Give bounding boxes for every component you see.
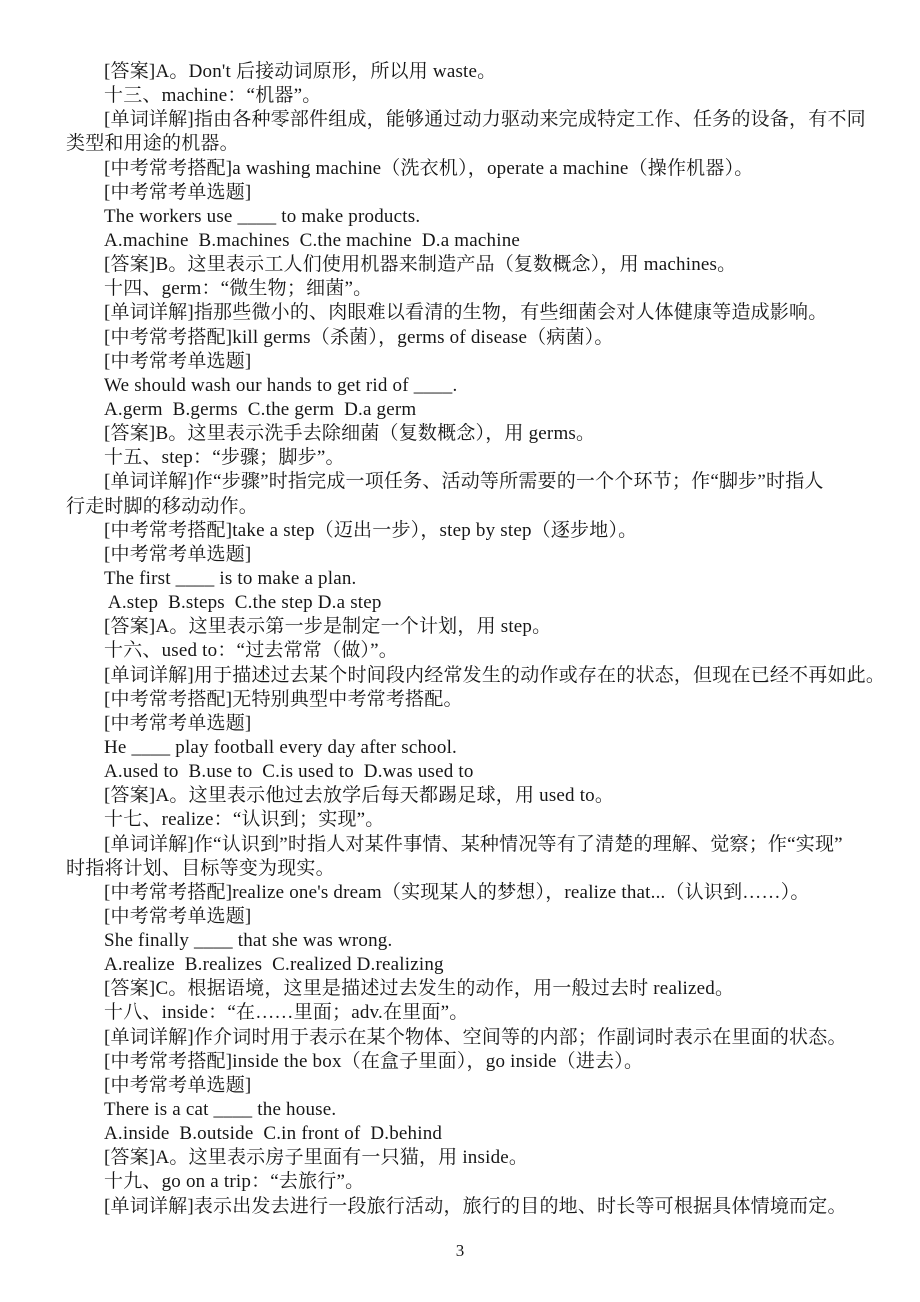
text-line: [中考常考单选题]: [66, 712, 912, 736]
text-line: [中考常考单选题]: [66, 350, 912, 374]
text-line: The workers use ____ to make products.: [66, 205, 912, 229]
document-page: [答案]A。Don't 后接动词原形，所以用 waste。十三、machine：…: [0, 0, 920, 1302]
text-line: He ____ play football every day after sc…: [66, 736, 912, 760]
text-line: [单词详解]作介词时用于表示在某个物体、空间等的内部；作副词时表示在里面的状态。: [66, 1026, 912, 1050]
text-line: A.inside B.outside C.in front of D.behin…: [66, 1122, 912, 1146]
page-number: 3: [0, 1240, 920, 1262]
text-line: [中考常考搭配]take a step（迈出一步），step by step（逐…: [66, 519, 912, 543]
text-line: [中考常考单选题]: [66, 181, 912, 205]
text-line: 十八、inside：“在……里面；adv.在里面”。: [66, 1001, 912, 1025]
text-line: [中考常考搭配]inside the box（在盒子里面），go inside（…: [66, 1050, 912, 1074]
text-line: 类型和用途的机器。: [66, 132, 912, 156]
text-line: [单词详解]指那些微小的、肉眼难以看清的生物，有些细菌会对人体健康等造成影响。: [66, 301, 912, 325]
text-line: [中考常考搭配]无特别典型中考常考搭配。: [66, 688, 912, 712]
text-line: [单词详解]表示出发去进行一段旅行活动，旅行的目的地、时长等可根据具体情境而定。: [66, 1195, 912, 1219]
text-line: [答案]A。这里表示房子里面有一只猫，用 inside。: [66, 1146, 912, 1170]
text-line: [中考常考单选题]: [66, 543, 912, 567]
text-line: [答案]B。这里表示洗手去除细菌（复数概念），用 germs。: [66, 422, 912, 446]
text-line: 十九、go on a trip：“去旅行”。: [66, 1170, 912, 1194]
text-line: [中考常考搭配]realize one's dream（实现某人的梦想），rea…: [66, 881, 912, 905]
text-line: There is a cat ____ the house.: [66, 1098, 912, 1122]
text-line: A.realize B.realizes C.realized D.realiz…: [66, 953, 912, 977]
text-line: [单词详解]用于描述过去某个时间段内经常发生的动作或存在的状态，但现在已经不再如…: [66, 664, 912, 688]
text-line: [答案]A。这里表示第一步是制定一个计划，用 step。: [66, 615, 912, 639]
text-line: 十五、step：“步骤；脚步”。: [66, 446, 912, 470]
text-line: [答案]B。这里表示工人们使用机器来制造产品（复数概念），用 machines。: [66, 253, 912, 277]
text-line: We should wash our hands to get rid of _…: [66, 374, 912, 398]
text-line: 十七、realize：“认识到；实现”。: [66, 808, 912, 832]
text-line: 时指将计划、目标等变为现实。: [66, 857, 912, 881]
text-line: [中考常考单选题]: [66, 905, 912, 929]
document-body: [答案]A。Don't 后接动词原形，所以用 waste。十三、machine：…: [66, 60, 912, 1219]
text-line: A.machine B.machines C.the machine D.a m…: [66, 229, 912, 253]
text-line: The first ____ is to make a plan.: [66, 567, 912, 591]
text-line: A.step B.steps C.the step D.a step: [66, 591, 912, 615]
text-line: 行走时脚的移动动作。: [66, 495, 912, 519]
text-line: A.germ B.germs C.the germ D.a germ: [66, 398, 912, 422]
text-line: A.used to B.use to C.is used to D.was us…: [66, 760, 912, 784]
text-line: [单词详解]作“步骤”时指完成一项任务、活动等所需要的一个个环节；作“脚步”时指…: [66, 470, 912, 494]
text-line: 十四、germ：“微生物；细菌”。: [66, 277, 912, 301]
text-line: [单词详解]作“认识到”时指人对某件事情、某种情况等有了清楚的理解、觉察；作“实…: [66, 833, 912, 857]
text-line: She finally ____ that she was wrong.: [66, 929, 912, 953]
text-line: [单词详解]指由各种零部件组成，能够通过动力驱动来完成特定工作、任务的设备，有不…: [66, 108, 912, 132]
text-line: [中考常考搭配]kill germs（杀菌），germs of disease（…: [66, 326, 912, 350]
text-line: 十三、machine：“机器”。: [66, 84, 912, 108]
text-line: [答案]A。Don't 后接动词原形，所以用 waste。: [66, 60, 912, 84]
text-line: [中考常考单选题]: [66, 1074, 912, 1098]
text-line: [中考常考搭配]a washing machine（洗衣机），operate a…: [66, 157, 912, 181]
text-line: [答案]C。根据语境，这里是描述过去发生的动作，用一般过去时 realized。: [66, 977, 912, 1001]
text-line: 十六、used to：“过去常常（做）”。: [66, 639, 912, 663]
text-line: [答案]A。这里表示他过去放学后每天都踢足球，用 used to。: [66, 784, 912, 808]
